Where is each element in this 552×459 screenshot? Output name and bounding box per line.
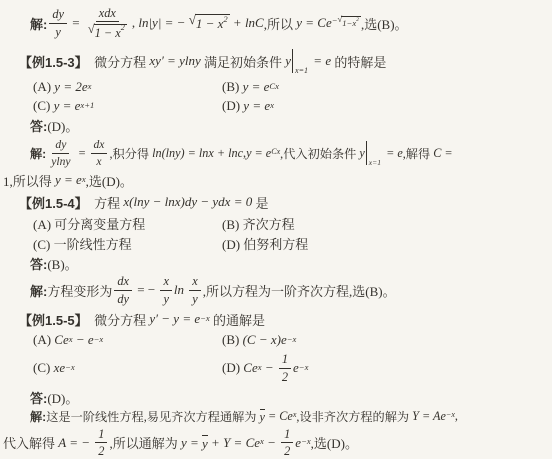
- math-text: y = e: [243, 79, 270, 95]
- fraction: dxx: [91, 138, 108, 168]
- text: 的通解是: [210, 310, 265, 329]
- example-1-5-3-solution-continued: 1,所以得 y = ex,选(D)。: [0, 171, 552, 189]
- evaluated-at-bar: x=1: [292, 49, 309, 74]
- example-1-5-3-problem: 【例1.5-3】 微分方程 xy′ = ylny 满足初始条件 yx=1 = e…: [0, 46, 552, 76]
- math-text: xe: [54, 360, 66, 376]
- math-text: ln(lny) = lnx + lnc: [152, 146, 243, 161]
- line-content: (C) y = ex+1: [33, 98, 94, 114]
- line-content: 1,所以得 y = ex,选(D)。: [3, 171, 133, 190]
- line-content: 解:方程变形为dxdy = − xyln xy,所以方程为一阶齐次方程,选(B)…: [30, 274, 396, 305]
- fraction-denominator: 2: [279, 369, 291, 384]
- option-column-2: (D) Cex − 12e−x: [222, 351, 308, 385]
- text: (B)。: [47, 254, 77, 273]
- text: (C) 一阶线性方程: [33, 234, 132, 253]
- math-text: xy′ = ylny: [149, 53, 200, 69]
- text: =: [69, 15, 83, 31]
- math-text: y = e: [243, 98, 270, 114]
- fraction-denominator: y: [189, 291, 200, 306]
- fraction-denominator: ylny: [48, 154, 73, 168]
- math-text: −: [264, 435, 279, 451]
- line-content: 答:(B)。: [30, 254, 78, 273]
- math-text: y = Ce: [296, 15, 331, 31]
- fraction-denominator: dy: [114, 291, 132, 306]
- example-1-5-4-options-ab: (A) 可分离变量方程(B) 齐次方程: [0, 214, 552, 232]
- fraction-numerator: dy: [52, 138, 69, 153]
- text: 代入解得: [3, 433, 58, 452]
- line-content: (C) 一阶线性方程: [33, 234, 132, 253]
- text: ,解得: [403, 145, 433, 162]
- math-text: y =: [181, 435, 202, 451]
- fraction: 12: [279, 352, 291, 383]
- fraction-numerator: 1: [95, 427, 107, 443]
- line-content: 答:(D)。: [30, 388, 78, 407]
- line-content: 解:dyy = xdx√1 − x2, ln|y| = − √1 − x2 + …: [30, 6, 408, 41]
- math-text: Ce: [243, 360, 257, 376]
- example-1-5-4-solution: 解:方程变形为dxdy = − xyln xy,所以方程为一阶齐次方程,选(B)…: [0, 272, 552, 308]
- bold-label: 【例1.5-3】: [19, 52, 88, 71]
- math-text: y = e: [246, 146, 271, 161]
- math-text: − e: [73, 332, 94, 348]
- square-root: √1 − x2: [88, 24, 127, 41]
- math-text: = e: [383, 146, 403, 161]
- line-content: (A) Cex − e−x: [33, 332, 103, 348]
- text: (A) 可分离变量方程: [33, 214, 145, 233]
- fraction-denominator: 2: [281, 443, 293, 458]
- fraction-numerator: x: [160, 274, 171, 290]
- bold-label: 【例1.5-4】: [19, 193, 88, 212]
- math-text: = e: [310, 53, 331, 69]
- line-content: 解:这是一阶线性方程,易见齐次方程通解为 y = Cex,设非齐次方程的解为 Y…: [30, 408, 458, 425]
- math-text: e: [293, 360, 299, 376]
- math-text: y = 2e: [54, 79, 87, 95]
- math-text: y: [359, 146, 364, 161]
- math-text: ln|y| = −: [138, 15, 188, 31]
- math-text: 1 − x: [196, 16, 224, 31]
- example-1-5-3-answer: 答:(D)。: [0, 116, 552, 134]
- solution-example-1-5-2: 解:dyy = xdx√1 − x2, ln|y| = − √1 − x2 + …: [0, 2, 552, 44]
- math-text: + Y = Ce: [208, 435, 260, 451]
- option-column-2: (D) y = ex: [222, 97, 274, 115]
- line-content: 【例1.5-3】 微分方程 xy′ = ylny 满足初始条件 yx=1 = e…: [19, 49, 386, 74]
- text: 这是一阶线性方程,易见齐次方程通解为: [46, 408, 259, 425]
- text: ,代入初始条件: [280, 145, 359, 162]
- line-content: 【例1.5-5】 微分方程 y′ − y = e−x 的通解是: [19, 310, 265, 329]
- math-text: x(lny − lnx)dy − ydx = 0: [123, 194, 252, 210]
- bold-label: 答:: [30, 254, 47, 273]
- radical-sign: √: [189, 13, 196, 27]
- math-text: (C − x)e: [243, 332, 287, 348]
- text: 是: [252, 193, 268, 212]
- text: 的特解是: [331, 52, 386, 71]
- bold-label: 解:: [30, 408, 46, 425]
- superscript: −√1−x2: [332, 16, 361, 28]
- document-page: 解:dyy = xdx√1 − x2, ln|y| = − √1 − x2 + …: [0, 0, 552, 459]
- bold-label: 【例1.5-5】: [19, 310, 88, 329]
- math-text: y′ − y = e: [149, 311, 200, 327]
- fraction: dxdy: [114, 274, 132, 305]
- example-1-5-3-solution: 解:dyylny = dxx,积分得 ln(lny) = lnx + lnc,y…: [0, 133, 552, 173]
- text: (C): [33, 98, 54, 114]
- example-1-5-5-options-cd: (C) xe−x(D) Cex − 12e−x: [0, 351, 552, 385]
- line-content: (A) 可分离变量方程: [33, 214, 145, 233]
- fraction: dyy: [49, 7, 67, 38]
- text: (A): [33, 79, 54, 95]
- fraction-denominator: y: [52, 24, 63, 39]
- example-1-5-3-options-cd: (C) y = ex+1(D) y = ex: [0, 97, 552, 115]
- fraction-denominator: √1 − x2: [85, 22, 130, 41]
- fraction: 12: [281, 427, 293, 458]
- example-1-5-4-options-cd: (C) 一阶线性方程(D) 伯努利方程: [0, 234, 552, 252]
- math-text: 1 − x: [95, 26, 121, 40]
- fraction: 12: [95, 427, 107, 458]
- text: ,选(D)。: [86, 171, 133, 190]
- fraction-numerator: xdx: [96, 6, 119, 22]
- line-content: 【例1.5-4】 方程 x(lny − lnx)dy − ydx = 0 是: [19, 193, 269, 212]
- math-text: + lnC: [230, 15, 264, 31]
- text: (D) 伯努利方程: [222, 234, 308, 253]
- bold-label: 答:: [30, 116, 47, 135]
- math-text: y = e: [54, 98, 81, 114]
- math-text: Y = Ae: [412, 409, 446, 424]
- text: (D)。: [47, 116, 78, 135]
- example-1-5-5-options-ab: (A) Cex − e−x(B) (C − x)e−x: [0, 330, 552, 350]
- math-text: y: [285, 53, 291, 69]
- vertical-bar: [366, 141, 367, 164]
- radicand: 1 − x2: [94, 24, 127, 41]
- bold-label: 答:: [30, 388, 47, 407]
- example-1-5-4-problem: 【例1.5-4】 方程 x(lny − lnx)dy − ydx = 0 是: [0, 193, 552, 211]
- text: 满足初始条件: [201, 52, 286, 71]
- fraction-numerator: dx: [91, 138, 108, 153]
- option-column-2: (B) 齐次方程: [222, 214, 295, 232]
- text: = −: [134, 282, 158, 298]
- option-column-2: (B) y = eCx: [222, 78, 279, 96]
- evaluated-at-bar: x=1: [366, 141, 382, 164]
- line-content: (A) y = 2ex: [33, 79, 91, 95]
- fraction: xdx√1 − x2: [85, 6, 130, 41]
- bold-label: 解:: [30, 14, 47, 33]
- vertical-bar: [292, 49, 293, 74]
- option-column-2: (D) 伯努利方程: [222, 234, 308, 252]
- square-root: √1 − x2: [189, 14, 230, 32]
- math-text: = Ce: [265, 409, 293, 424]
- text: ,选(D)。: [311, 433, 358, 452]
- radicand: 1−x2: [341, 16, 361, 28]
- text: (B): [222, 332, 243, 348]
- line-content: 答:(D)。: [30, 116, 78, 135]
- example-1-5-5-answer: 答:(D)。: [0, 388, 552, 406]
- bold-label: 解:: [30, 281, 47, 300]
- fraction-denominator: 2: [95, 443, 107, 458]
- example-1-5-5-solution: 解:这是一阶线性方程,易见齐次方程通解为 y = Cex,设非齐次方程的解为 Y…: [0, 406, 552, 426]
- text: ,选(B)。: [361, 14, 408, 33]
- math-text: −: [262, 360, 277, 376]
- text: 微分方程: [88, 310, 150, 329]
- fraction-numerator: 1: [279, 352, 291, 368]
- option-column-2: (B) (C − x)e−x: [222, 330, 296, 350]
- example-1-5-5-problem: 【例1.5-5】 微分方程 y′ − y = e−x 的通解是: [0, 309, 552, 329]
- math-text: A = −: [58, 435, 93, 451]
- radical-sign: √: [88, 23, 95, 37]
- fraction-numerator: dx: [114, 274, 132, 290]
- fraction: dyylny: [48, 138, 73, 168]
- example-1-5-3-options-ab: (A) y = 2ex(B) y = eCx: [0, 78, 552, 96]
- square-root: √1−x2: [338, 16, 361, 28]
- text: 1,所以得: [3, 171, 55, 190]
- text: 微分方程: [88, 52, 150, 71]
- text: (C): [33, 360, 54, 376]
- text: =: [76, 146, 89, 161]
- fraction-numerator: 1: [281, 427, 293, 443]
- radical-sign: √: [338, 15, 343, 24]
- text: (A): [33, 332, 54, 348]
- fraction-numerator: dy: [49, 7, 67, 23]
- text: ,: [455, 409, 458, 424]
- line-content: 解:dyylny = dxx,积分得 ln(lny) = lnx + lnc,y…: [30, 138, 453, 168]
- math-text: Ce: [54, 332, 68, 348]
- math-text: C =: [433, 146, 452, 161]
- text: ,所以通解为: [109, 433, 181, 452]
- math-text: 1−x: [342, 18, 356, 28]
- example-1-5-5-solution-continued: 代入解得 A = − 12,所以通解为 y = y + Y = Cex − 12…: [0, 426, 552, 459]
- fraction-denominator: x: [93, 154, 104, 168]
- text: (D): [222, 360, 243, 376]
- math-text: y = e: [55, 172, 82, 188]
- text: (B) 齐次方程: [222, 214, 295, 233]
- math-text: ln: [174, 282, 187, 298]
- example-1-5-4-answer: 答:(B)。: [0, 254, 552, 272]
- text: (B): [222, 79, 243, 95]
- text: ,积分得: [109, 145, 152, 162]
- text: (D)。: [47, 388, 78, 407]
- text: ,设非齐次方程的解为: [296, 408, 412, 425]
- bold-label: 解:: [30, 145, 46, 162]
- text: ,所以: [264, 14, 297, 33]
- fraction: xy: [189, 274, 200, 305]
- text: 方程: [88, 193, 124, 212]
- line-content: (C) xe−x: [33, 360, 75, 376]
- fraction-numerator: x: [189, 274, 200, 290]
- text: (D): [222, 98, 243, 114]
- fraction-denominator: y: [160, 291, 171, 306]
- radicand: 1 − x2: [195, 14, 230, 32]
- text: 方程变形为: [47, 281, 112, 300]
- line-content: 代入解得 A = − 12,所以通解为 y = y + Y = Cex − 12…: [3, 427, 358, 458]
- fraction: xy: [160, 274, 171, 305]
- text: ,所以方程为一阶齐次方程,选(B)。: [203, 281, 396, 300]
